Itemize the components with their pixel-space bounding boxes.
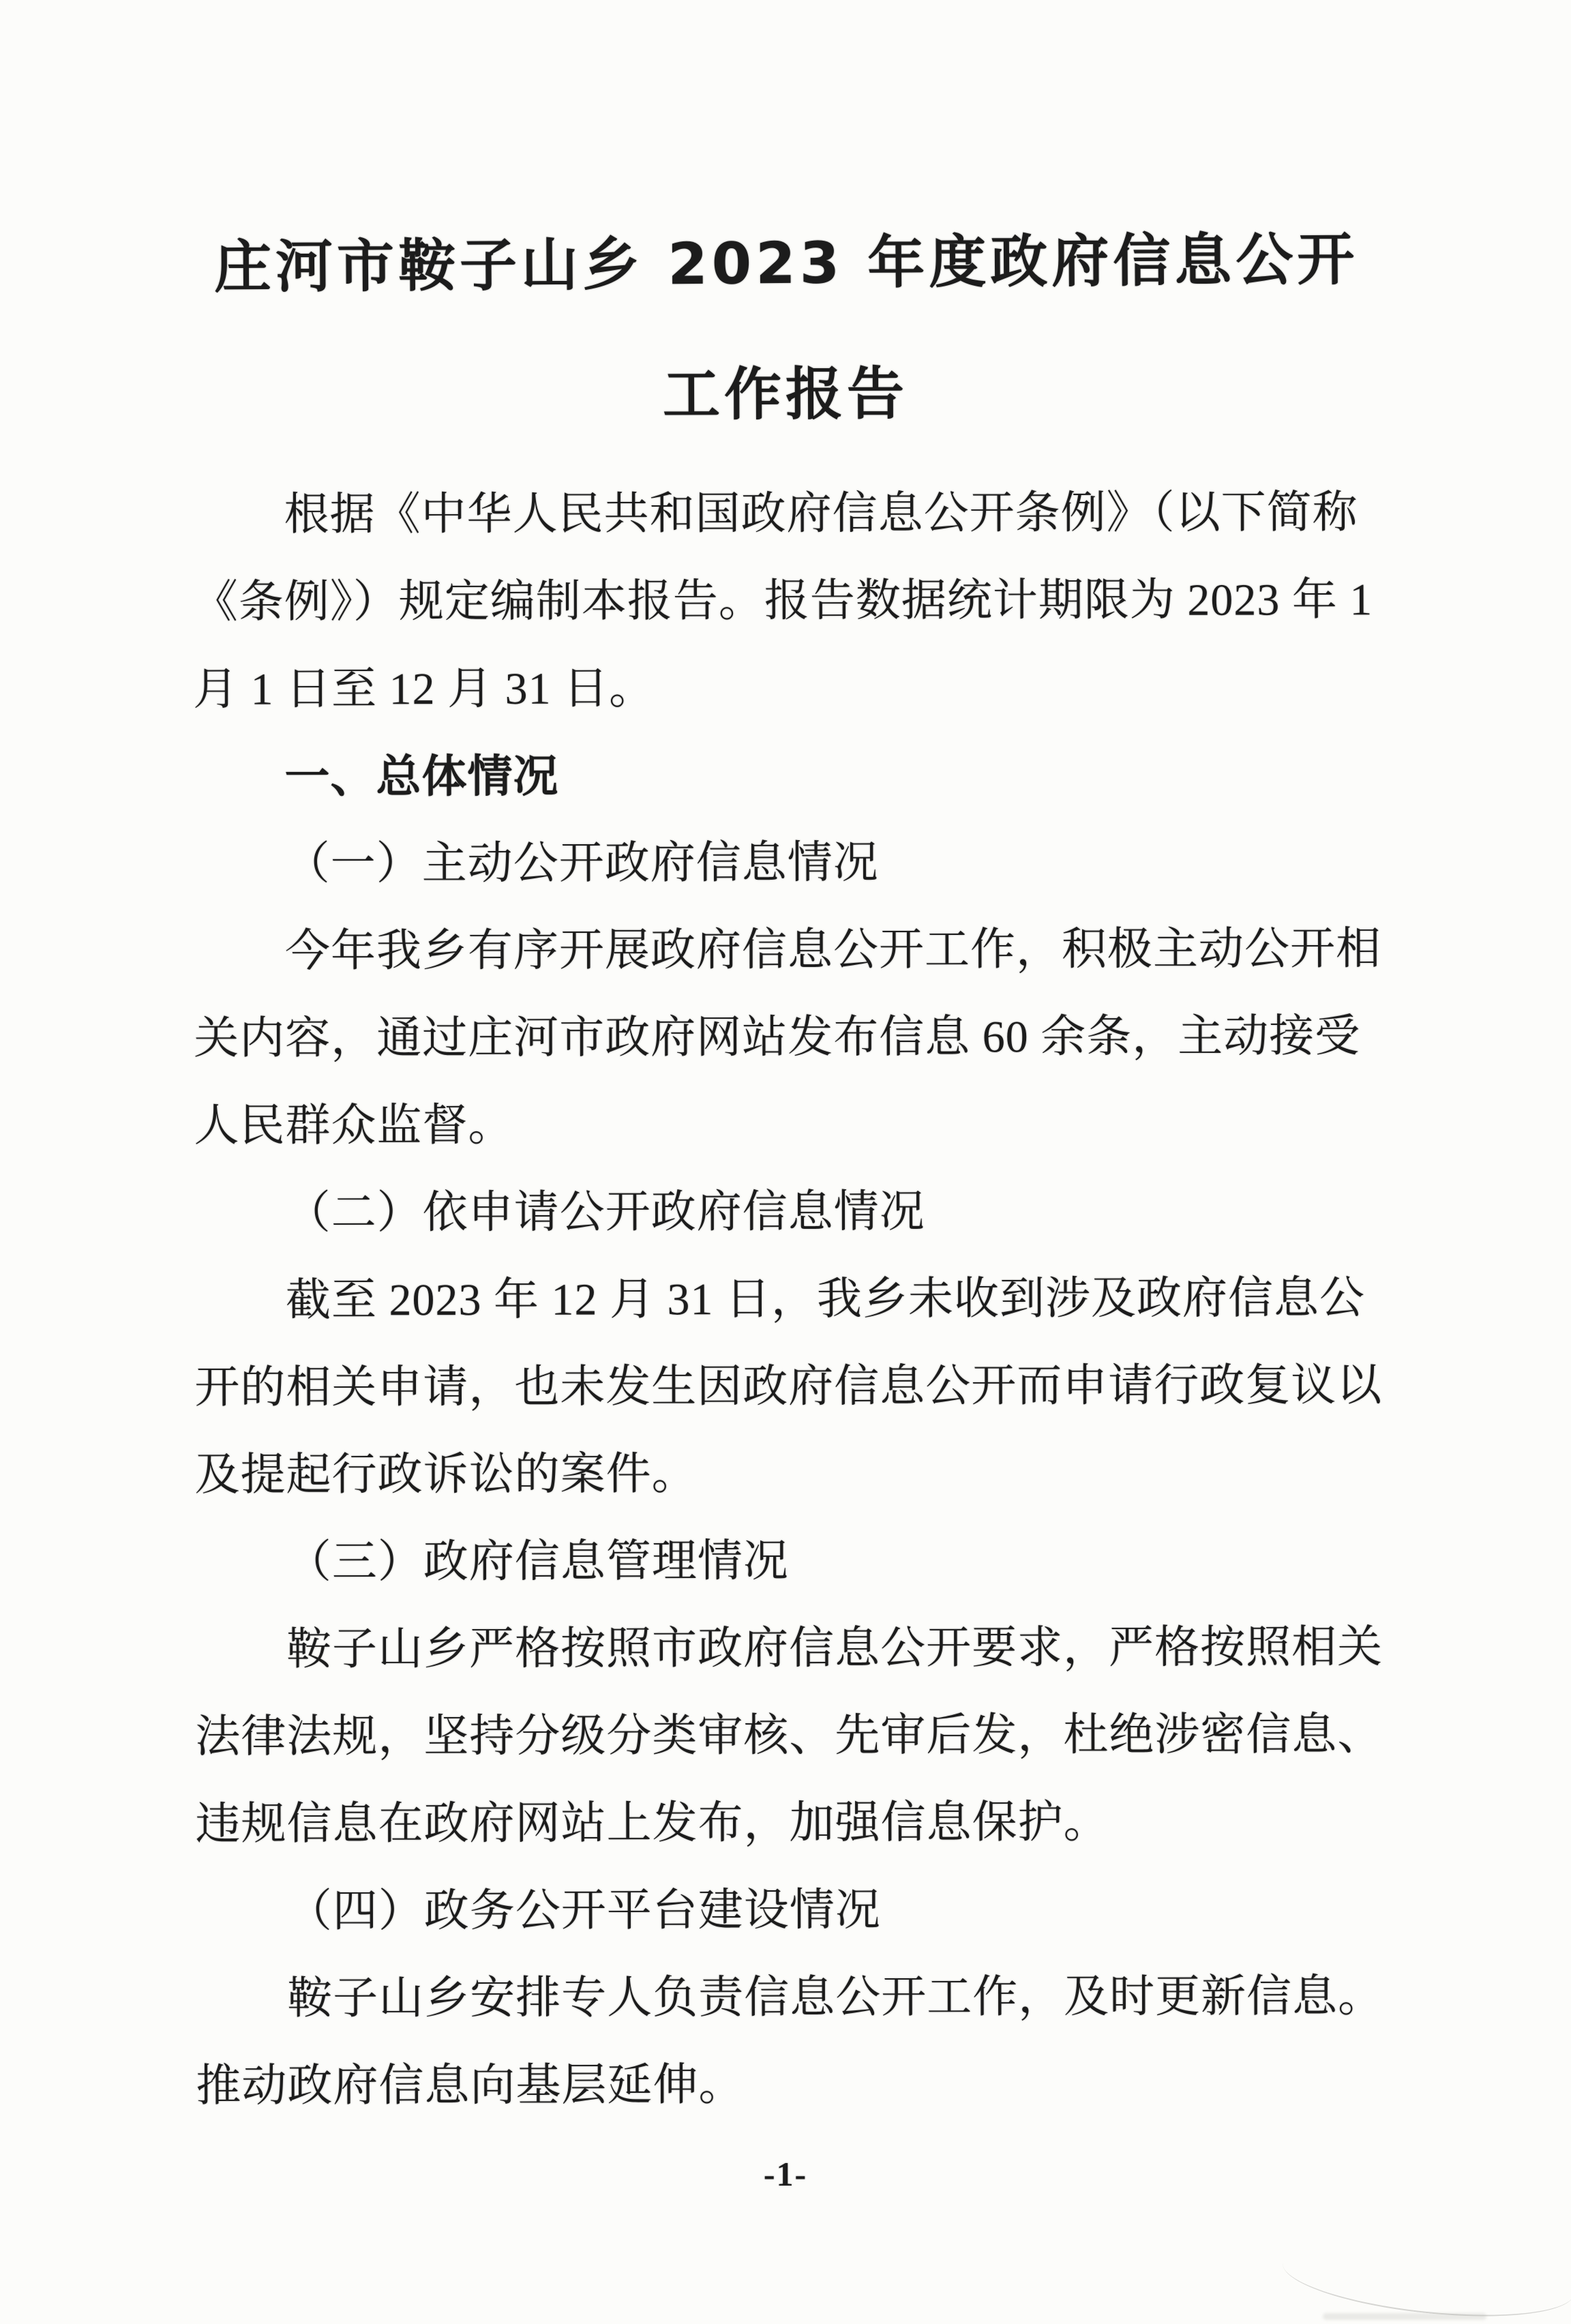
document-line: （一）主动公开政府信息情况 [194, 818, 1373, 908]
document-title-line-1: 庄河市鞍子山乡 2023 年度政府信息公开 [185, 0, 1387, 300]
scan-artifact-smudge [1323, 2313, 1486, 2320]
document-line: 鞍子山乡严格按照市政府信息公开要求，严格按照相关 [195, 1604, 1375, 1694]
document-line: 鞍子山乡安排专人负责信息公开工作，及时更新信息。 [196, 1953, 1375, 2043]
document-body: 根据《中华人民共和国政府信息公开条例》（以下简称《条例》）规定编制本报告。报告数… [192, 469, 1375, 2130]
document-line: 人民群众监督。 [194, 1080, 1373, 1170]
document-line: （二）依申请公开政府信息情况 [194, 1167, 1374, 1257]
scanned-document-page: 庄河市鞍子山乡 2023 年度政府信息公开 工作报告 根据《中华人民共和国政府信… [0, 0, 1571, 2324]
document-title-line-2: 工作报告 [185, 359, 1386, 429]
document-line: 根据《中华人民共和国政府信息公开条例》（以下简称 [192, 469, 1372, 559]
document-line: 月 1 日至 12 月 31 日。 [193, 644, 1373, 734]
page-number: -1- [0, 2133, 1571, 2215]
document-line: （四）政务公开平台建设情况 [196, 1866, 1375, 1956]
document-line: 一、总体情况 [193, 731, 1373, 821]
document-line: 截至 2023 年 12 月 31 日，我乡未收到涉及政府信息公 [194, 1255, 1374, 1345]
document-line: 法律法规，坚持分级分类审核、先审后发，杜绝涉密信息、 [195, 1691, 1375, 1781]
document-line: 推动政府信息向基层延伸。 [196, 2040, 1375, 2130]
document-line: 违规信息在政府网站上发布，加强信息保护。 [195, 1778, 1375, 1868]
document-line: 《条例》）规定编制本报告。报告数据统计期限为 2023 年 1 [193, 556, 1373, 646]
document-line: 开的相关申请，也未发生因政府信息公开而申请行政复议以 [194, 1342, 1374, 1432]
document-line: （三）政府信息管理情况 [195, 1517, 1375, 1607]
scan-artifact-arc [1279, 2229, 1571, 2324]
document-line: 今年我乡有序开展政府信息公开工作，积极主动公开相 [194, 906, 1373, 996]
document-line: 关内容，通过庄河市政府网站发布信息 60 余条，主动接受 [194, 993, 1373, 1083]
document-line: 及提起行政诉讼的案件。 [194, 1429, 1374, 1519]
